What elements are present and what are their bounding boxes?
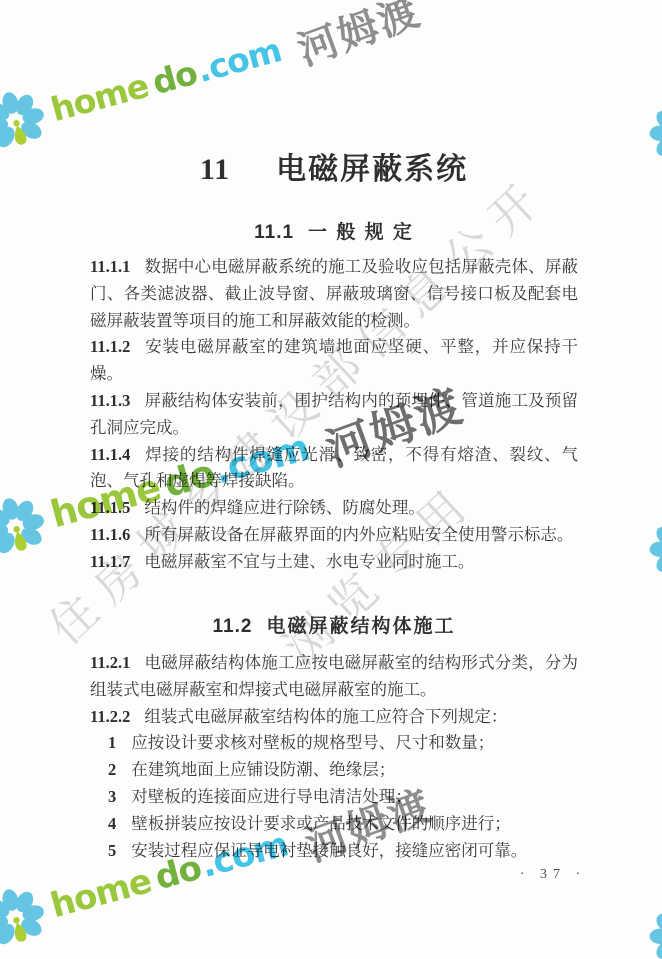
section-11-1-body: 11.1.1数据中心电磁屏蔽系统的施工及验收应包括屏蔽壳体、屏蔽门、各类滤波器、… [90, 254, 578, 576]
section-title-text: 电磁屏蔽结构体施工 [266, 616, 455, 637]
clause-text: 组装式电磁屏蔽室结构体的施工应符合下列规定： [144, 707, 507, 726]
chapter-title-text: 电磁屏蔽系统 [276, 153, 468, 186]
clause-text: 屏蔽结构体安装前，围护结构内的预埋件、管道施工及预留孔洞应完成。 [90, 391, 578, 437]
clause: 11.1.7电磁屏蔽室不宜与土建、水电专业同时施工。 [90, 549, 578, 576]
clause-text: 电磁屏蔽结构体施工应按电磁屏蔽室的结构形式分类，分为组装式电磁屏蔽室和焊接式电磁… [90, 653, 578, 699]
clause-text: 电磁屏蔽室不宜与土建、水电专业同时施工。 [144, 552, 474, 571]
clause-number: 11.2.1 [90, 653, 130, 672]
watermark-home-text: home [47, 65, 153, 128]
homedo-flower-icon [647, 100, 662, 164]
clause-text: 结构件的焊缝应进行除锈、防腐处理。 [144, 498, 425, 517]
clause: 11.1.2安装电磁屏蔽室的建筑墙地面应坚硬、平整，并应保持干燥。 [90, 334, 578, 388]
clause-number: 11.1.6 [90, 525, 130, 544]
clause-number: 11.1.4 [90, 445, 130, 464]
item-number: 4 [108, 814, 116, 833]
clause-number: 11.1.5 [90, 498, 130, 517]
item-text: 应按设计要求核对壁板的规格型号、尺寸和数量； [131, 733, 494, 752]
section-heading-11-2: 11.2电磁屏蔽结构体施工 [90, 611, 578, 638]
homedo-flower-icon [0, 81, 54, 159]
list-item: 3对壁板的连接面应进行导电清洁处理； [90, 784, 578, 811]
clause: 11.1.1数据中心电磁屏蔽系统的施工及验收应包括屏蔽壳体、屏蔽门、各类滤波器、… [90, 254, 578, 334]
clause: 11.1.4焊接的结构件焊缝应光滑、致密，不得有熔渣、裂纹、气泡、气孔和虚焊等焊… [90, 442, 578, 496]
clause: 11.2.2组装式电磁屏蔽室结构体的施工应符合下列规定： [90, 704, 578, 731]
document-page: 住房城乡建设部信息公开 浏览专用 11电磁屏蔽系统 11.1一 般 规 定 11… [0, 0, 662, 959]
clause-text: 安装电磁屏蔽室的建筑墙地面应坚硬、平整，并应保持干燥。 [90, 337, 578, 383]
item-text: 对壁板的连接面应进行导电清洁处理； [131, 787, 412, 806]
item-text: 壁板拼装应按设计要求或产品技术文件的顺序进行； [131, 814, 511, 833]
clause-number: 11.1.2 [90, 337, 130, 356]
homedo-flower-icon [647, 903, 662, 959]
clause-text: 数据中心电磁屏蔽系统的施工及验收应包括屏蔽壳体、屏蔽门、各类滤波器、截止波导窗、… [90, 257, 578, 330]
list-item: 5安装过程应保证导电衬垫接触良好，接缝应密闭可靠。 [90, 838, 578, 865]
clause: 11.1.5结构件的焊缝应进行除锈、防腐处理。 [90, 495, 578, 522]
item-number: 1 [108, 733, 116, 752]
clause: 11.2.1电磁屏蔽结构体施工应按电磁屏蔽室的结构形式分类，分为组装式电磁屏蔽室… [90, 650, 578, 704]
page-number: · 37 · [498, 867, 608, 883]
clause: 11.1.3屏蔽结构体安装前，围护结构内的预埋件、管道施工及预留孔洞应完成。 [90, 388, 578, 442]
chapter-title: 11电磁屏蔽系统 [90, 144, 578, 188]
watermark-cn-text: 河姆渡 [289, 0, 428, 77]
watermark-home-text: home [46, 861, 155, 926]
homedo-flower-icon [0, 486, 54, 564]
section-number: 11.2 [213, 616, 253, 637]
homedo-flower-icon [647, 516, 662, 580]
chapter-number: 11 [200, 153, 230, 186]
watermark-dotcom-text: .com [193, 30, 285, 90]
watermark-do-text: do [148, 52, 201, 101]
clause-number: 11.1.3 [90, 391, 130, 410]
list-item: 1应按设计要求核对壁板的规格型号、尺寸和数量； [90, 730, 578, 757]
clause-number: 11.1.1 [90, 257, 130, 276]
homedo-flower-icon [0, 878, 54, 956]
list-item: 4壁板拼装应按设计要求或产品技术文件的顺序进行； [90, 811, 578, 838]
item-number: 5 [108, 841, 116, 860]
homedo-watermark-top: homedo.com 河姆渡 [0, 0, 428, 159]
item-number: 3 [108, 787, 116, 806]
section-number: 11.1 [254, 222, 294, 243]
item-text: 在建筑地面上应铺设防潮、绝缘层； [131, 760, 395, 779]
item-text: 安装过程应保证导电衬垫接触良好，接缝应密闭可靠。 [131, 841, 527, 860]
clause: 11.1.6所有屏蔽设备在屏蔽界面的内外应粘贴安全使用警示标志。 [90, 522, 578, 549]
clause-text: 所有屏蔽设备在屏蔽界面的内外应粘贴安全使用警示标志。 [144, 525, 573, 544]
item-number: 2 [108, 760, 116, 779]
section-11-2-body: 11.2.1电磁屏蔽结构体施工应按电磁屏蔽室的结构形式分类，分为组装式电磁屏蔽室… [90, 650, 578, 864]
clause-number: 11.1.7 [90, 552, 130, 571]
clause-number: 11.2.2 [90, 707, 130, 726]
list-item: 2在建筑地面上应铺设防潮、绝缘层； [90, 757, 578, 784]
section-title-text: 一 般 规 定 [308, 222, 414, 243]
section-heading-11-1: 11.1一 般 规 定 [90, 217, 578, 244]
clause-text: 焊接的结构件焊缝应光滑、致密，不得有熔渣、裂纹、气泡、气孔和虚焊等焊接缺陷。 [90, 445, 578, 491]
